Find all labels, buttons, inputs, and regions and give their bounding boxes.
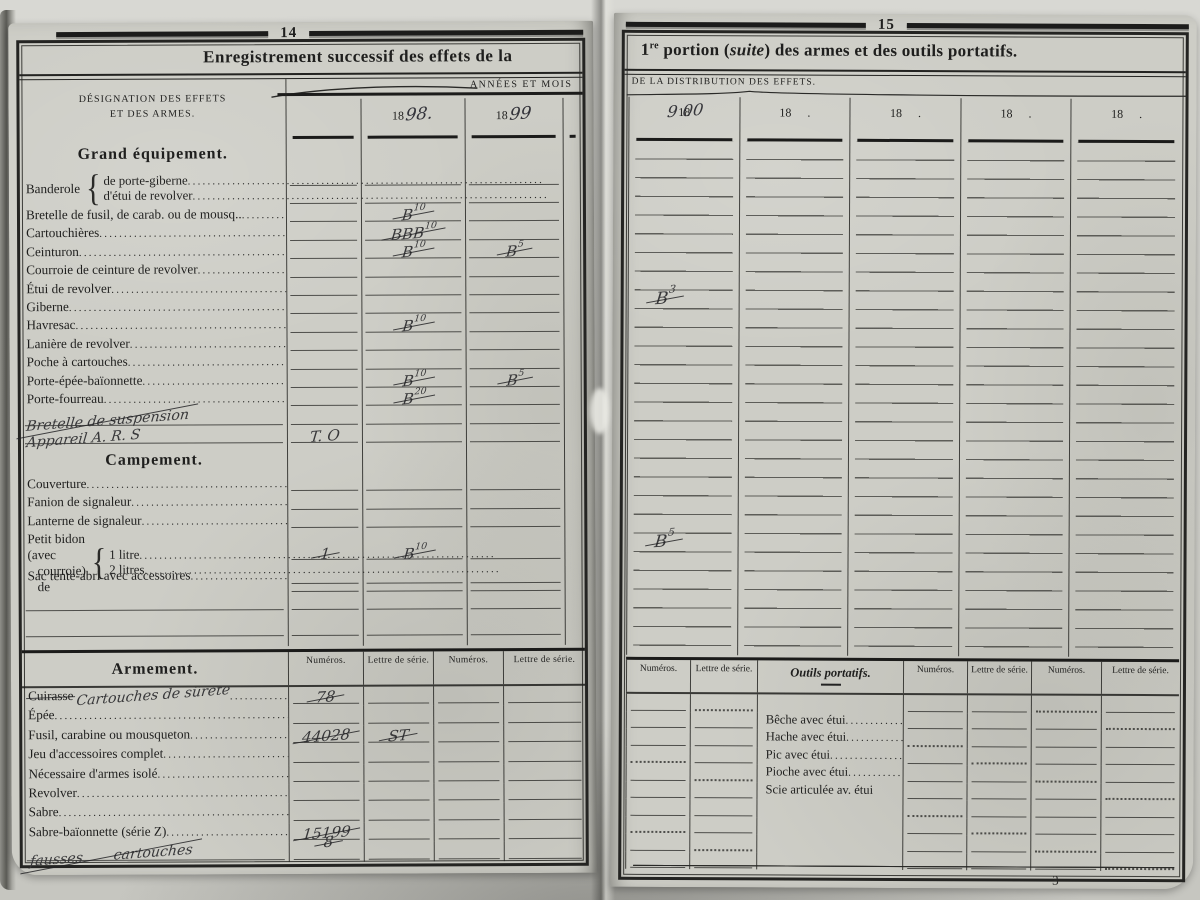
page-frame: 1re portion (suite) des armes et des out… — [618, 30, 1189, 882]
armement-row: Épée — [22, 705, 585, 727]
value-cell — [1031, 748, 1101, 766]
ruled-line — [469, 312, 559, 313]
value-cell — [289, 842, 364, 862]
ruled-line — [369, 839, 430, 840]
column-header: Lettre de série. — [503, 651, 585, 684]
dotted-leader — [846, 714, 903, 726]
ruled-line — [366, 441, 462, 442]
ruled-line — [972, 762, 1027, 764]
ruled-line — [631, 761, 686, 763]
ruled-line — [369, 858, 430, 859]
item-row: Bretelle de fusil, de carab. ou de mousq… — [20, 205, 583, 226]
item-label-row: Étui de revolver — [20, 280, 286, 300]
distribution-grid: 189 0018.18.18.18.B3B5 — [626, 97, 1181, 657]
brace-main-label: Banderole — [26, 180, 80, 196]
value-cell — [361, 297, 465, 316]
value-cell — [361, 279, 465, 298]
item-label-row: Nécessaire d'armes isolé — [22, 765, 288, 786]
value-cell — [288, 764, 363, 784]
year-header-cell — [285, 97, 360, 139]
half-cell — [286, 169, 361, 188]
half-cell — [361, 168, 465, 187]
ruled-line — [291, 405, 358, 406]
annees-caption: ANNÉES ET MOIS — [470, 79, 573, 90]
item-row: CartouchièresBBB10 — [20, 223, 583, 244]
item-label: 1 litre — [109, 548, 139, 563]
dotted-leader — [157, 768, 288, 781]
column-header: Numéros. — [288, 652, 363, 685]
value-cell — [466, 334, 564, 353]
year-column: 18. — [847, 98, 960, 656]
ruled-line — [369, 800, 430, 801]
value-cell — [625, 816, 689, 834]
ruled-line — [438, 741, 499, 742]
ruled-line — [290, 295, 357, 296]
double-rule — [625, 69, 1186, 77]
ruled-line — [291, 368, 358, 369]
half-cell: 1 — [287, 530, 362, 562]
value-cell — [288, 706, 363, 726]
dotted-leader — [163, 748, 288, 761]
value-cell — [466, 511, 564, 530]
ruled-line — [366, 527, 462, 528]
dotted-leader — [111, 283, 286, 296]
thick-rule — [968, 139, 1064, 142]
year-printed: 18 — [779, 105, 791, 119]
value-cell — [503, 705, 585, 725]
column-header: Lettre de série. — [967, 661, 1031, 693]
item-label: Porte-épée-baïonnette — [27, 372, 143, 389]
item-row: Poche à cartouches — [21, 352, 584, 373]
empty — [361, 138, 465, 168]
value-cell — [287, 334, 362, 353]
ruled-line — [470, 441, 560, 442]
dotted-leader — [86, 478, 287, 491]
year-dot: . — [1029, 107, 1032, 121]
ruled-line — [509, 799, 582, 800]
year-printed: 18 — [890, 106, 902, 120]
outil-label: Scie articulée av. étui — [765, 782, 873, 797]
column-header: Lettre de série. — [363, 651, 433, 684]
value-cell — [363, 764, 433, 784]
year-printed: 18 — [1001, 106, 1013, 120]
value-cell — [902, 835, 966, 853]
value-cell — [1031, 766, 1101, 784]
ruled-line — [439, 819, 500, 820]
value-cell — [690, 712, 757, 730]
year-dot: . — [918, 106, 921, 120]
item-label: Courroie de ceinture de revolver — [26, 262, 197, 279]
value-cell — [903, 712, 967, 730]
ruled-line — [290, 313, 357, 314]
value-cell — [433, 764, 503, 784]
outil-label-cell — [756, 834, 902, 852]
value-cell — [903, 695, 967, 713]
item-label: Bretelle de fusil, de carab. ou de mousq… — [26, 206, 242, 223]
value-cell — [288, 745, 363, 765]
value-cell — [362, 511, 466, 530]
handwritten-mark: ST — [388, 728, 410, 744]
ruled-line — [291, 423, 358, 424]
ruled-line — [290, 331, 357, 332]
item-label: Sabre — [29, 804, 59, 820]
ruled-line — [971, 868, 1026, 869]
item-label-row: Havresac — [20, 316, 286, 336]
item-label-row: Lanterne de signaleur — [21, 512, 287, 532]
value-cell — [690, 764, 757, 782]
ruled-line — [291, 509, 358, 510]
column-header: Numéros. — [903, 661, 967, 693]
year-column: 18. — [958, 98, 1071, 656]
half-cell — [361, 187, 465, 206]
outil-label-cell — [756, 799, 902, 817]
value-cell — [625, 834, 689, 852]
tail — [564, 425, 584, 443]
value-cell — [433, 686, 503, 706]
ruled-line — [439, 858, 500, 859]
year-header-cell: 18. — [851, 98, 961, 142]
ruled-line — [470, 489, 560, 490]
empty — [286, 139, 361, 169]
item-label: Épée — [28, 707, 54, 723]
item-label-row: Fusil, carabine ou mousqueton — [22, 726, 288, 747]
booklet-page-15: 15 1re portion (suite) des armes et des … — [610, 13, 1197, 890]
equipment-rows: Grand équipement.Banderole{de porte-gibe… — [20, 138, 585, 647]
ruled-line — [368, 780, 429, 781]
value-cell — [286, 206, 361, 225]
value-cell — [504, 841, 586, 861]
value-cell — [361, 260, 465, 279]
year-header-cell: 1898. — [360, 96, 464, 138]
ruled-line — [630, 831, 685, 833]
armement-row: Fusil, carabine ou mousqueton44028ST — [22, 725, 585, 747]
value-cell — [363, 745, 433, 765]
ruled-line — [469, 294, 559, 295]
hand-row: Bretelle de suspension — [21, 407, 584, 428]
ruled-line — [292, 582, 359, 583]
dotted-leader — [131, 497, 287, 510]
ruled-line — [907, 815, 962, 817]
tail — [563, 278, 583, 296]
value-cell — [465, 260, 563, 279]
page-frame: Enregistrement successif des effets de l… — [16, 38, 589, 868]
thick-rule — [747, 138, 843, 141]
item-label: Giberne — [26, 299, 69, 315]
value-cell: B10 — [361, 205, 465, 224]
ruled-line — [294, 819, 360, 820]
tail — [564, 370, 584, 388]
tail — [565, 610, 585, 636]
handwritten-mark: B10 — [402, 545, 427, 563]
ruled-line — [291, 490, 358, 491]
ruled-line — [508, 780, 581, 781]
value-cell — [286, 316, 361, 335]
ruled-line — [290, 184, 357, 185]
ruled-line — [365, 294, 461, 295]
dotted-leader — [166, 826, 288, 839]
equipment-table: DÉSIGNATION DES EFFETS ET DES ARMES. ANN… — [19, 78, 584, 647]
tail — [564, 334, 584, 352]
value-cell — [363, 567, 467, 586]
dotted-leader — [848, 767, 903, 779]
ruled-line — [508, 702, 581, 703]
scanned-military-booklet: 14 Enregistrement successif des effets d… — [0, 0, 1200, 900]
ruled-line — [470, 526, 560, 527]
ruled-line — [26, 609, 284, 611]
tail — [564, 492, 584, 510]
outil-label: Hache avec étui — [766, 729, 846, 744]
year-column: 18. — [1068, 99, 1181, 657]
ruled-line — [290, 203, 357, 204]
value-cell — [967, 730, 1031, 748]
item-label-row: Sac tente-abri avec accessoires — [22, 567, 288, 587]
value-column — [361, 168, 465, 205]
brace-row: Petit bidon (aveccourroie) de{1 litre2 l… — [21, 529, 584, 568]
item-row: HavresacB10 — [20, 315, 583, 336]
item-row: Lanterne de signaleur — [21, 511, 584, 532]
value-cell — [286, 243, 361, 262]
value-cell — [1101, 731, 1179, 749]
value-cell — [504, 822, 586, 842]
value-cell — [903, 747, 967, 765]
value-cell — [465, 278, 563, 297]
empty — [465, 138, 563, 168]
value-cell — [1031, 696, 1101, 714]
dotted-leader — [190, 729, 288, 741]
ruled-line — [368, 722, 429, 723]
column-header: Outils portatifs. — [757, 660, 903, 693]
item-row: Porte-épée-baïonnetteB10B5 — [21, 370, 584, 391]
handwritten-mark: fausses cartouches — [29, 842, 193, 868]
ruled-line — [1035, 869, 1096, 870]
armement-header-row: Armement.Numéros.Lettre de série.Numéros… — [22, 651, 585, 688]
value-cell: B5 — [465, 242, 563, 261]
value-cell — [689, 782, 756, 800]
value-cell — [287, 371, 362, 390]
value-cell — [465, 223, 563, 242]
ruled-line — [291, 387, 358, 388]
value-cell — [903, 765, 967, 783]
year-header-cell: 18. — [740, 97, 850, 141]
value-cell — [1030, 818, 1100, 836]
ruled-line — [469, 331, 559, 332]
tail — [564, 511, 584, 529]
year-column: 18. — [737, 97, 850, 655]
value-cell — [466, 389, 564, 408]
brace-row: Banderole{de porte-giberned'étui de revo… — [20, 168, 583, 207]
value-cell — [689, 817, 756, 835]
ruled-line — [1035, 850, 1096, 852]
value-cell — [287, 390, 362, 409]
value-cell — [466, 474, 564, 493]
ruled-line — [292, 608, 359, 609]
value-cell: B10 — [361, 316, 465, 335]
value-cell — [1030, 836, 1100, 854]
ruled-line — [365, 202, 461, 203]
dotted-leader — [830, 749, 903, 761]
item-label: Revolver — [28, 785, 76, 801]
dotted-leader — [142, 515, 288, 528]
year-header-cell: 1899 — [464, 96, 562, 138]
value-cell — [626, 746, 690, 764]
value-cell: B10 — [362, 371, 466, 390]
tail — [565, 566, 585, 584]
value-cell — [465, 315, 563, 334]
ruled-line — [694, 849, 752, 851]
ruled-line — [367, 634, 463, 635]
outil-label-cell: Pic avec étui — [757, 747, 903, 765]
outil-label-cell: Bêche avec étui — [757, 712, 903, 730]
value-cell — [362, 474, 466, 493]
ruled-lines — [1075, 143, 1175, 657]
handwritten-mark: B10 — [401, 206, 426, 224]
value-cell — [902, 817, 966, 835]
rule-bar — [626, 21, 866, 27]
ruled-line — [365, 184, 461, 185]
tail — [564, 352, 584, 370]
item-label-row: Porte-fourreau — [21, 390, 287, 410]
ruled-line — [470, 367, 560, 368]
value-cell — [966, 835, 1030, 853]
value-cell — [966, 818, 1030, 836]
grid-mark: B3 — [656, 289, 675, 309]
year-header-cell — [562, 96, 582, 138]
ruled-line — [368, 761, 429, 762]
item-label-row: Couverture — [21, 475, 287, 495]
ruled-line — [1105, 798, 1174, 800]
thick-rule — [858, 139, 954, 142]
value-cell — [362, 352, 466, 371]
blank-cell — [467, 610, 565, 636]
armement-heading: Armement. — [22, 652, 288, 686]
tail — [563, 260, 583, 278]
empty — [287, 445, 362, 475]
section-heading: Grand équipement. — [20, 139, 286, 170]
value-cell — [1031, 731, 1101, 749]
dotted-leader — [55, 709, 289, 722]
value-cell — [625, 851, 689, 869]
head-row: Campement. — [21, 444, 584, 476]
value-cell — [287, 512, 362, 531]
ruled-line — [1036, 780, 1097, 782]
ruled-line — [367, 582, 463, 583]
value-cell — [364, 822, 434, 842]
ruled-line — [971, 832, 1026, 834]
ruled-lines — [744, 141, 844, 655]
value-cell — [289, 803, 364, 823]
ruled-line — [291, 350, 358, 351]
value-cell — [288, 784, 363, 804]
item-label: Havresac — [26, 317, 75, 333]
value-cell — [433, 783, 503, 803]
dotted-leader — [846, 732, 903, 744]
value-cell — [287, 493, 362, 512]
ruled-line — [469, 202, 559, 203]
value-cell — [689, 852, 756, 870]
handwritten-mark: 1 — [319, 547, 330, 563]
brace-label-cell: Banderole{de porte-giberned'étui de revo… — [20, 169, 286, 207]
value-cell — [287, 475, 362, 494]
ruled-line — [471, 608, 561, 609]
ruled-line — [470, 349, 560, 350]
item-label: Sac tente-abri avec accessoires — [28, 568, 191, 585]
item-label-row: Poche à cartouches — [21, 353, 287, 373]
outil-label-cell — [757, 694, 903, 712]
value-cell — [625, 781, 689, 799]
value-cell — [967, 765, 1031, 783]
value-cell: ST — [363, 725, 433, 745]
column-header: Lettre de série. — [690, 660, 757, 692]
ruled-line — [366, 423, 462, 424]
value-cell — [903, 730, 967, 748]
handwritten-label-cell: Appareil A. R. S — [21, 427, 287, 447]
page-title: Enregistrement successif des effets de l… — [149, 46, 566, 68]
ruled-line — [1106, 728, 1175, 730]
item-label: Cartouchières — [26, 225, 99, 241]
thick-rule — [1079, 140, 1175, 143]
value-cell — [626, 711, 690, 729]
ruled-line — [290, 276, 357, 277]
value-cell: T. O — [287, 426, 362, 445]
ruled-line — [365, 313, 461, 314]
ruled-line — [368, 703, 429, 704]
item-label-row: Lanière de revolver — [21, 335, 287, 355]
item-row: Étui de revolver — [20, 278, 583, 299]
item-label-row: Giberne — [20, 298, 286, 318]
year-header-cell: 18. — [1072, 99, 1182, 143]
value-cell — [689, 799, 756, 817]
year-printed: 18 — [496, 108, 508, 122]
item-label-row: Cartouchières — [20, 224, 286, 244]
column-header: Lettre de série. — [1101, 662, 1179, 694]
item-label: Lanterne de signaleur — [27, 513, 141, 529]
item-label-row: Sabre — [23, 803, 289, 824]
tail — [563, 223, 583, 241]
value-cell — [434, 822, 504, 842]
outils-table: Numéros.Lettre de série.Outils portatifs… — [625, 657, 1179, 870]
ruled-line — [366, 508, 462, 509]
dotted-leader — [242, 209, 286, 221]
value-cell — [362, 334, 466, 353]
item-label-row: Ceinturon — [20, 243, 286, 263]
grid-mark: B5 — [655, 532, 674, 552]
value-cell — [504, 802, 586, 822]
blank-cell — [22, 612, 288, 639]
tail — [563, 297, 583, 315]
outil-label-cell — [756, 817, 902, 835]
column-header: Numéros. — [1031, 662, 1101, 694]
ruled-line — [908, 745, 963, 747]
ruled-line — [366, 349, 462, 350]
ruled-lines — [965, 142, 1065, 656]
value-cell — [433, 706, 503, 726]
ruled-line — [438, 722, 499, 723]
armement-row: CuirasseCartouches de sûreté78 — [22, 686, 585, 708]
ruled-line — [509, 819, 582, 820]
value-cell — [690, 747, 757, 765]
outil-label-cell — [756, 852, 902, 870]
value-cell — [690, 729, 757, 747]
ruled-line — [508, 741, 581, 742]
ruled-line — [469, 183, 559, 184]
value-cell — [902, 852, 966, 870]
item-label-row: Bretelle de fusil, de carab. ou de mousq… — [20, 206, 286, 226]
tail — [564, 407, 584, 425]
outil-label-cell: Hache avec étui — [757, 729, 903, 747]
value-cell: BBB10 — [361, 224, 465, 243]
ruled-line — [469, 220, 559, 221]
ruled-line — [695, 779, 753, 781]
